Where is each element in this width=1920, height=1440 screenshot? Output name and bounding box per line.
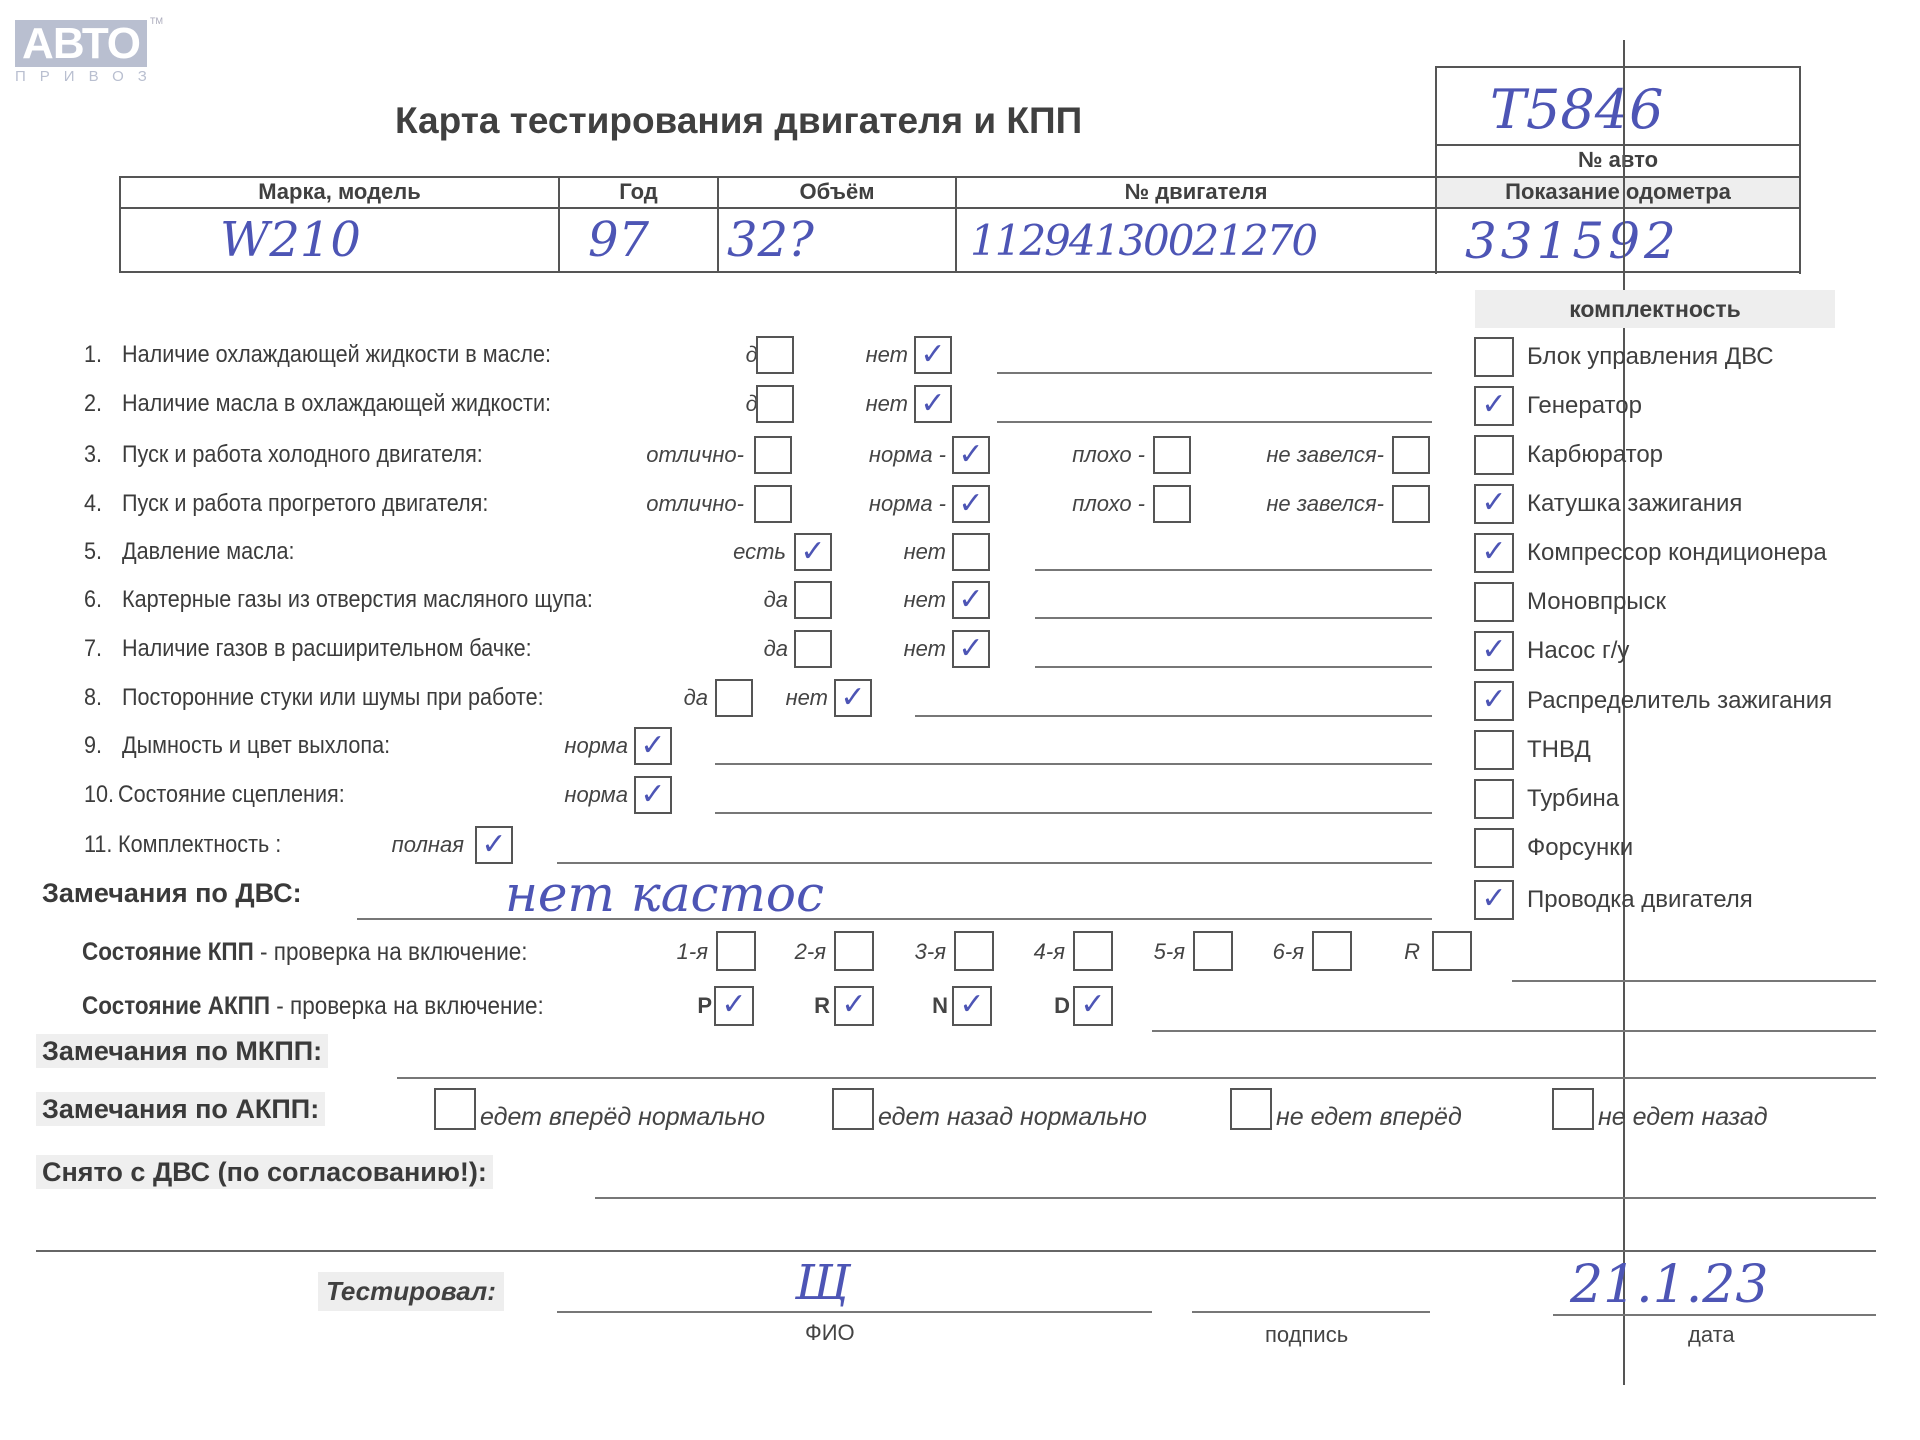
kit-item-label: Моновпрыск [1527, 588, 1666, 616]
check-mark-icon: ✓ [1476, 535, 1512, 571]
kit-checkbox[interactable] [1474, 337, 1514, 377]
notes-field[interactable] [715, 763, 1432, 765]
signature-field[interactable] [1192, 1311, 1430, 1313]
separator [36, 1250, 1876, 1252]
kit-checkbox[interactable] [1474, 435, 1514, 475]
check-number: 9. [84, 732, 102, 760]
option-checkbox[interactable]: ✓ [834, 679, 872, 717]
gear-label: 4-я [985, 939, 1065, 965]
check-label: Наличие охлаждающей жидкости в масле: [122, 341, 551, 369]
logo-subtitle: ПРИВОЗ [15, 68, 161, 85]
notes-field[interactable] [715, 812, 1432, 814]
signature-label: подпись [1265, 1322, 1348, 1348]
gear-label: R [770, 993, 830, 1019]
make-model-value[interactable]: W210 [220, 212, 361, 268]
fio-label: ФИО [805, 1320, 855, 1346]
tester-fio-value[interactable]: Щ [795, 1255, 850, 1311]
gear-label: 6-я [1224, 939, 1304, 965]
kit-item-label: Форсунки [1527, 834, 1633, 862]
option-checkbox[interactable]: ✓ [952, 630, 990, 668]
gear-label: R [1340, 939, 1420, 965]
check-number: 10. [84, 781, 114, 809]
check-number: 3. [84, 441, 102, 469]
kit-item-label: Проводка двигателя [1527, 886, 1753, 914]
gear-checkbox[interactable]: ✓ [952, 986, 992, 1026]
check-label: Картерные газы из отверстия масляного щу… [122, 586, 593, 614]
kit-item-label: Турбина [1527, 785, 1619, 813]
option-checkbox[interactable]: ✓ [914, 385, 952, 423]
kit-checkbox[interactable]: ✓ [1474, 386, 1514, 426]
volume-value[interactable]: 32? [727, 212, 814, 268]
option-label: норма [468, 733, 628, 759]
akpp-remark-checkbox[interactable] [1552, 1088, 1594, 1130]
kit-item-label: Генератор [1527, 392, 1642, 420]
check-mark-icon: ✓ [636, 778, 670, 812]
akpp-remark-checkbox[interactable] [434, 1088, 476, 1130]
check-mark-icon: ✓ [1476, 633, 1512, 669]
check-number: 5. [84, 538, 102, 566]
check-mark-icon: ✓ [954, 632, 988, 666]
kit-item-label: Компрессор кондиционера [1527, 539, 1827, 567]
option-label: да [610, 342, 770, 368]
akpp-remark-checkbox[interactable] [1230, 1088, 1272, 1130]
gear-checkbox[interactable]: ✓ [714, 986, 754, 1026]
option-checkbox[interactable] [1392, 436, 1430, 474]
kit-item-label: Блок управления ДВС [1527, 343, 1774, 371]
option-checkbox[interactable] [1153, 436, 1191, 474]
car-number-value[interactable]: Т5846 [1490, 78, 1663, 141]
check-number: 11. [84, 831, 112, 859]
date-value[interactable]: 21.1.23 [1570, 1255, 1768, 1315]
remarks-auto-label: Замечания по АКПП: [36, 1092, 325, 1126]
check-mark-icon: ✓ [916, 387, 950, 421]
check-number: 2. [84, 390, 102, 418]
notes-field[interactable] [557, 862, 1432, 864]
gear-label: D [1010, 993, 1070, 1019]
kit-item-label: Насос г/у [1527, 637, 1629, 665]
removed-label: Снято с ДВС (по согласованию!): [36, 1155, 493, 1189]
kit-item-label: Карбюратор [1527, 441, 1663, 469]
header-year: Год [560, 179, 717, 205]
check-number: 1. [84, 341, 102, 369]
check-mark-icon: ✓ [477, 828, 511, 862]
option-label: нет [786, 636, 946, 662]
option-label: нет [748, 391, 908, 417]
option-checkbox[interactable] [1392, 485, 1430, 523]
check-mark-icon: ✓ [1075, 988, 1111, 1024]
check-number: 6. [84, 586, 102, 614]
check-mark-icon: ✓ [1476, 683, 1512, 719]
check-number: 8. [84, 684, 102, 712]
check-mark-icon: ✓ [954, 988, 990, 1024]
kit-checkbox[interactable] [1474, 582, 1514, 622]
akpp-remark-label: едет вперёд нормально [480, 1103, 765, 1132]
check-mark-icon: ✓ [916, 338, 950, 372]
date-label: дата [1688, 1322, 1735, 1348]
kit-checkbox[interactable]: ✓ [1474, 880, 1514, 920]
option-label: отлично- [584, 491, 744, 517]
gear-checkbox[interactable]: ✓ [1073, 986, 1113, 1026]
option-label: отлично- [584, 442, 744, 468]
remarks-manual-label: Замечания по МКПП: [36, 1034, 328, 1068]
notes-field[interactable] [1035, 569, 1432, 571]
option-label: норма - [786, 442, 946, 468]
option-label: плохо - [985, 491, 1145, 517]
kit-title: комплектность [1475, 290, 1835, 328]
check-mark-icon: ✓ [836, 988, 872, 1024]
check-mark-icon: ✓ [1476, 486, 1512, 522]
logo-trademark: TM [150, 16, 163, 26]
check-mark-icon: ✓ [1476, 882, 1512, 918]
gear-label: N [888, 993, 948, 1019]
gear-checkbox[interactable] [1432, 931, 1472, 971]
akpp-remark-checkbox[interactable] [832, 1088, 874, 1130]
check-label: Наличие масла в охлаждающей жидкости: [122, 390, 551, 418]
gear-label: P [652, 993, 712, 1019]
kit-item-label: Катушка зажигания [1527, 490, 1742, 518]
akpp-remark-label: не едет вперёд [1276, 1103, 1462, 1132]
kit-checkbox[interactable]: ✓ [1474, 631, 1514, 671]
option-label: да [628, 587, 788, 613]
gear-label: 3-я [866, 939, 946, 965]
remarks-engine-value[interactable]: нет кастос [505, 865, 824, 923]
option-label: да [610, 391, 770, 417]
check-mark-icon: ✓ [836, 681, 870, 715]
check-label: Дымность и цвет выхлопа: [122, 732, 390, 760]
notes-field[interactable] [997, 372, 1432, 374]
option-checkbox[interactable]: ✓ [475, 826, 513, 864]
option-checkbox[interactable]: ✓ [914, 336, 952, 374]
akpp-remark-label: едет назад нормально [878, 1103, 1147, 1132]
option-label: нет [786, 539, 946, 565]
option-checkbox[interactable]: ✓ [952, 581, 990, 619]
kit-item-label: ТНВД [1527, 736, 1591, 764]
notes-field[interactable] [1035, 666, 1432, 668]
page-title: Карта тестирования двигателя и КПП [395, 100, 1082, 142]
check-label: Давление масла: [122, 538, 295, 566]
removed-field[interactable] [595, 1197, 1876, 1199]
kit-checkbox[interactable] [1474, 730, 1514, 770]
option-label: есть [626, 539, 786, 565]
check-label: Пуск и работа прогретого двигателя: [122, 490, 488, 518]
option-label: нет [668, 685, 828, 711]
option-label: полная [304, 832, 464, 858]
check-label: Пуск и работа холодного двигателя: [122, 441, 483, 469]
gear-label: 2-я [746, 939, 826, 965]
option-label: нет [786, 587, 946, 613]
kit-checkbox[interactable]: ✓ [1474, 681, 1514, 721]
remarks-engine-label: Замечания по ДВС: [42, 878, 302, 909]
check-label: Комплектность : [118, 831, 281, 859]
option-checkbox[interactable]: ✓ [634, 776, 672, 814]
option-label: нет [748, 342, 908, 368]
check-mark-icon: ✓ [636, 729, 670, 763]
check-mark-icon: ✓ [1476, 388, 1512, 424]
kit-checkbox[interactable] [1474, 779, 1514, 819]
option-label: не завелся- [1224, 442, 1384, 468]
header-odometer: Показание одометра [1437, 179, 1799, 205]
kit-checkbox[interactable]: ✓ [1474, 484, 1514, 524]
engine-number-value[interactable]: 11294130021270 [970, 216, 1316, 265]
notes-field[interactable] [997, 421, 1432, 423]
logo: АВТО [15, 20, 147, 67]
header-volume: Объём [719, 179, 955, 205]
option-checkbox[interactable] [1153, 485, 1191, 523]
kit-item-label: Распределитель зажигания [1527, 687, 1832, 715]
check-mark-icon: ✓ [954, 438, 988, 472]
option-label: плохо - [985, 442, 1145, 468]
check-label: Посторонние стуки или шумы при работе: [122, 684, 544, 712]
check-label: Состояние сцепления: [118, 781, 345, 809]
check-label: Наличие газов в расширительном бачке: [122, 635, 532, 663]
header-make-model: Марка, модель [121, 179, 558, 205]
kit-checkbox[interactable]: ✓ [1474, 533, 1514, 573]
option-checkbox[interactable]: ✓ [634, 727, 672, 765]
option-label: норма [468, 782, 628, 808]
notes-field[interactable] [1035, 617, 1432, 619]
header-engine-number: № двигателя [957, 179, 1435, 205]
check-mark-icon: ✓ [954, 487, 988, 521]
gear-checkbox[interactable]: ✓ [834, 986, 874, 1026]
remarks-manual-field[interactable] [397, 1077, 1876, 1079]
option-label: не завелся- [1224, 491, 1384, 517]
manual-gearbox-label: Состояние КПП - проверка на включение: [82, 938, 528, 967]
check-number: 7. [84, 635, 102, 663]
akpp-remark-label: не едет назад [1598, 1103, 1768, 1132]
kit-checkbox[interactable] [1474, 828, 1514, 868]
check-mark-icon: ✓ [954, 583, 988, 617]
gear-label: 1-я [628, 939, 708, 965]
odometer-value[interactable]: 331592 [1465, 212, 1680, 270]
option-label: норма - [786, 491, 946, 517]
year-value[interactable]: 97 [588, 212, 649, 268]
check-number: 4. [84, 490, 102, 518]
tester-label: Тестировал: [318, 1272, 504, 1311]
option-label: да [628, 636, 788, 662]
option-checkbox[interactable] [952, 533, 990, 571]
auto-gearbox-label: Состояние АКПП - проверка на включение: [82, 992, 544, 1021]
car-number-label: № авто [1437, 147, 1799, 173]
notes-field[interactable] [915, 715, 1432, 717]
check-mark-icon: ✓ [716, 988, 752, 1024]
gear-label: 5-я [1105, 939, 1185, 965]
